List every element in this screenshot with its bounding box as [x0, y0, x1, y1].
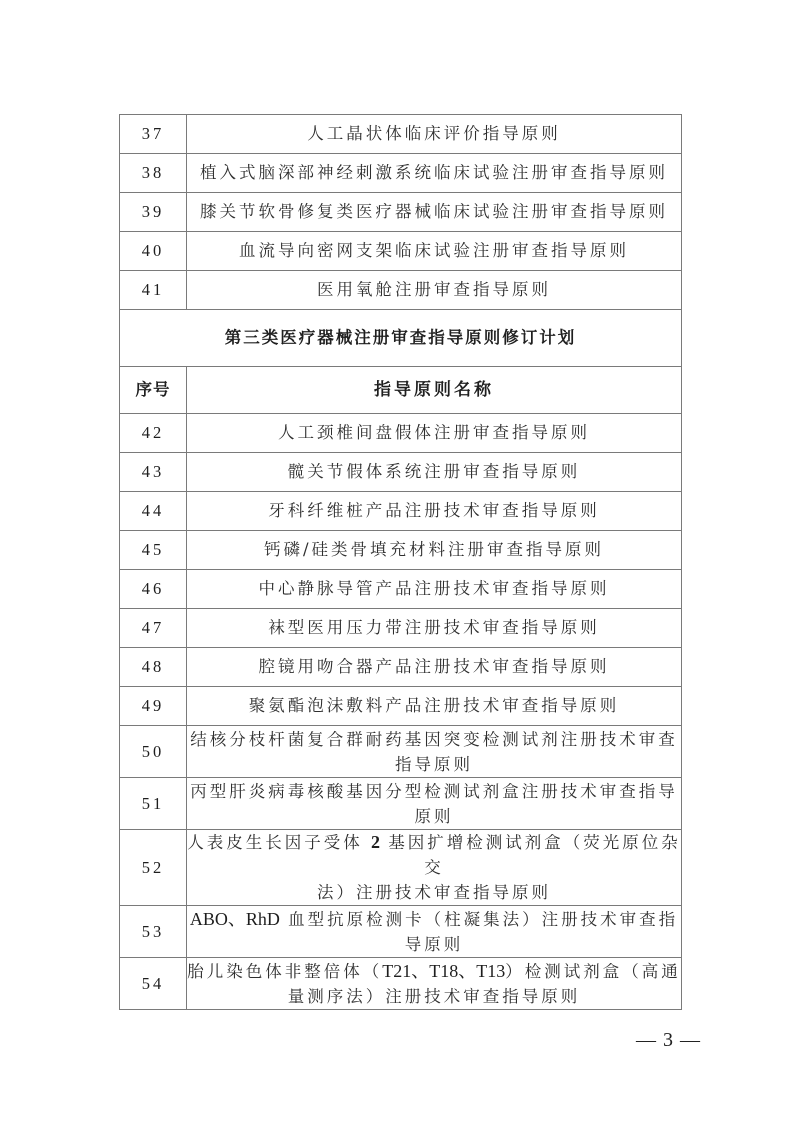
- guideline-name-part: 血型抗原检测卡（柱凝集法）注册技术审查指: [288, 910, 678, 929]
- guideline-name: 聚氨酯泡沫敷料产品注册技术审查指导原则: [187, 687, 682, 726]
- row-number: 47: [120, 609, 187, 648]
- table-row: 44 牙科纤维桩产品注册技术审查指导原则: [120, 492, 682, 531]
- page-number: — 3 —: [636, 1029, 701, 1052]
- row-number: 39: [120, 193, 187, 232]
- guideline-table: 37 人工晶状体临床评价指导原则 38 植入式脑深部神经刺激系统临床试验注册审查…: [119, 114, 682, 1010]
- guideline-name-latin: ABO、RhD: [190, 909, 280, 929]
- row-number: 43: [120, 453, 187, 492]
- guideline-name: ABO、RhD 血型抗原检测卡（柱凝集法）注册技术审查指 导原则: [187, 906, 682, 958]
- guideline-name: 医用氧舱注册审查指导原则: [187, 271, 682, 310]
- table-row: 39 膝关节软骨修复类医疗器械临床试验注册审查指导原则: [120, 193, 682, 232]
- column-header-name: 指导原则名称: [187, 367, 682, 414]
- guideline-name: 牙科纤维桩产品注册技术审查指导原则: [187, 492, 682, 531]
- row-number: 53: [120, 906, 187, 958]
- guideline-name: 丙型肝炎病毒核酸基因分型检测试剂盒注册技术审查指导 原则: [187, 778, 682, 830]
- row-number: 44: [120, 492, 187, 531]
- table-row: 46 中心静脉导管产品注册技术审查指导原则: [120, 570, 682, 609]
- guideline-name-latin: T21、T18、T13: [382, 961, 505, 981]
- row-number: 48: [120, 648, 187, 687]
- row-number: 45: [120, 531, 187, 570]
- table-header-row: 序号 指导原则名称: [120, 367, 682, 414]
- guideline-name: 髋关节假体系统注册审查指导原则: [187, 453, 682, 492]
- table-row: 42 人工颈椎间盘假体注册审查指导原则: [120, 414, 682, 453]
- guideline-name-part: ）检测试剂盒（高通: [505, 962, 681, 981]
- row-number: 51: [120, 778, 187, 830]
- table-row: 37 人工晶状体临床评价指导原则: [120, 115, 682, 154]
- guideline-name-line-2: 指导原则: [395, 755, 473, 774]
- row-number: 52: [120, 830, 187, 906]
- table-row: 50 结核分枝杆菌复合群耐药基因突变检测试剂注册技术审查 指导原则: [120, 726, 682, 778]
- guideline-name-line-1: 丙型肝炎病毒核酸基因分型检测试剂盒注册技术审查指导: [190, 782, 678, 801]
- guideline-name: 腔镜用吻合器产品注册技术审查指导原则: [187, 648, 682, 687]
- table-row: 52 人表皮生长因子受体 2 基因扩增检测试剂盒（荧光原位杂交 法）注册技术审查…: [120, 830, 682, 906]
- row-number: 46: [120, 570, 187, 609]
- guideline-name-part: 基因扩增检测试剂盒（荧光原位杂交: [388, 833, 681, 877]
- row-number: 41: [120, 271, 187, 310]
- guideline-name-line-2: 法）注册技术审查指导原则: [317, 883, 551, 902]
- row-number: 49: [120, 687, 187, 726]
- guideline-name: 植入式脑深部神经刺激系统临床试验注册审查指导原则: [187, 154, 682, 193]
- guideline-name-line-1: 结核分枝杆菌复合群耐药基因突变检测试剂注册技术审查: [190, 730, 678, 749]
- guideline-name: 人表皮生长因子受体 2 基因扩增检测试剂盒（荧光原位杂交 法）注册技术审查指导原…: [187, 830, 682, 906]
- section-title-row: 第三类医疗器械注册审查指导原则修订计划: [120, 310, 682, 367]
- section-title: 第三类医疗器械注册审查指导原则修订计划: [120, 310, 682, 367]
- table-row: 53 ABO、RhD 血型抗原检测卡（柱凝集法）注册技术审查指 导原则: [120, 906, 682, 958]
- table-row: 51 丙型肝炎病毒核酸基因分型检测试剂盒注册技术审查指导 原则: [120, 778, 682, 830]
- guideline-name-number: 2: [371, 832, 380, 852]
- guideline-name-part: 胎儿染色体非整倍体（: [187, 962, 382, 981]
- guideline-name: 中心静脉导管产品注册技术审查指导原则: [187, 570, 682, 609]
- guideline-name-line-2: 原则: [415, 807, 454, 826]
- table-row: 47 袜型医用压力带注册技术审查指导原则: [120, 609, 682, 648]
- guideline-name: 人工颈椎间盘假体注册审查指导原则: [187, 414, 682, 453]
- guideline-name-line-2: 导原则: [405, 935, 464, 954]
- table-row: 49 聚氨酯泡沫敷料产品注册技术审查指导原则: [120, 687, 682, 726]
- table-row: 38 植入式脑深部神经刺激系统临床试验注册审查指导原则: [120, 154, 682, 193]
- table-row: 40 血流导向密网支架临床试验注册审查指导原则: [120, 232, 682, 271]
- guideline-name: 膝关节软骨修复类医疗器械临床试验注册审查指导原则: [187, 193, 682, 232]
- row-number: 37: [120, 115, 187, 154]
- guideline-name: 血流导向密网支架临床试验注册审查指导原则: [187, 232, 682, 271]
- document-page: 37 人工晶状体临床评价指导原则 38 植入式脑深部神经刺激系统临床试验注册审查…: [0, 0, 800, 1131]
- row-number: 38: [120, 154, 187, 193]
- guideline-name: 胎儿染色体非整倍体（T21、T18、T13）检测试剂盒（高通 量测序法）注册技术…: [187, 958, 682, 1010]
- table-row: 45 钙磷/硅类骨填充材料注册审查指导原则: [120, 531, 682, 570]
- guideline-name-part: 人表皮生长因子受体: [187, 833, 363, 852]
- guideline-name: 钙磷/硅类骨填充材料注册审查指导原则: [187, 531, 682, 570]
- column-header-number: 序号: [120, 367, 187, 414]
- row-number: 40: [120, 232, 187, 271]
- guideline-name: 人工晶状体临床评价指导原则: [187, 115, 682, 154]
- row-number: 42: [120, 414, 187, 453]
- guideline-name: 结核分枝杆菌复合群耐药基因突变检测试剂注册技术审查 指导原则: [187, 726, 682, 778]
- table-row: 48 腔镜用吻合器产品注册技术审查指导原则: [120, 648, 682, 687]
- table-row: 41 医用氧舱注册审查指导原则: [120, 271, 682, 310]
- guideline-name: 袜型医用压力带注册技术审查指导原则: [187, 609, 682, 648]
- row-number: 54: [120, 958, 187, 1010]
- guideline-name-line-2: 量测序法）注册技术审查指导原则: [288, 987, 581, 1006]
- table-row: 43 髋关节假体系统注册审查指导原则: [120, 453, 682, 492]
- table-row: 54 胎儿染色体非整倍体（T21、T18、T13）检测试剂盒（高通 量测序法）注…: [120, 958, 682, 1010]
- row-number: 50: [120, 726, 187, 778]
